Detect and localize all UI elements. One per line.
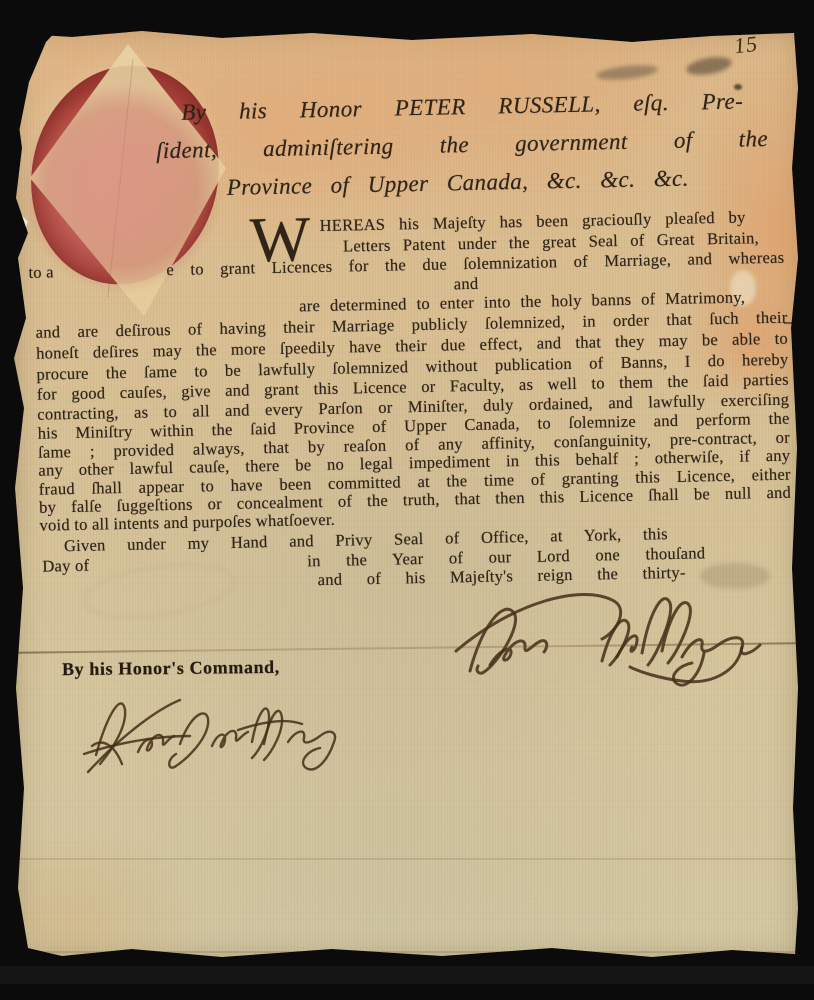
document-page: 15 By his Honor PETER RUSSELL, eſq. Pre-… xyxy=(12,28,802,962)
fold-crease xyxy=(12,858,802,860)
photo-backdrop: 15 By his Honor PETER RUSSELL, eſq. Pre-… xyxy=(0,0,814,1000)
body-line: and xyxy=(454,274,479,294)
body-line-fragment: to a xyxy=(28,262,54,283)
stain-dot xyxy=(16,930,25,938)
signature-secretary xyxy=(80,680,380,780)
heading-line: By his Honor PETER RUSSELL, eſq. Pre- xyxy=(181,88,743,125)
heading-line: Province of Upper Canada, &c. &c. &c. xyxy=(227,166,689,201)
printed-text-block: By his Honor PETER RUSSELL, eſq. Pre- ſi… xyxy=(6,13,809,669)
heading-line: ſident, adminiſtering the government of … xyxy=(156,126,768,164)
fold-crease xyxy=(12,951,802,953)
command-line: By his Honor's Command, xyxy=(62,657,280,680)
mat-bottom-band xyxy=(0,966,814,984)
closing-day-of: Day of xyxy=(42,556,89,577)
signature-peter-russell xyxy=(442,573,772,698)
